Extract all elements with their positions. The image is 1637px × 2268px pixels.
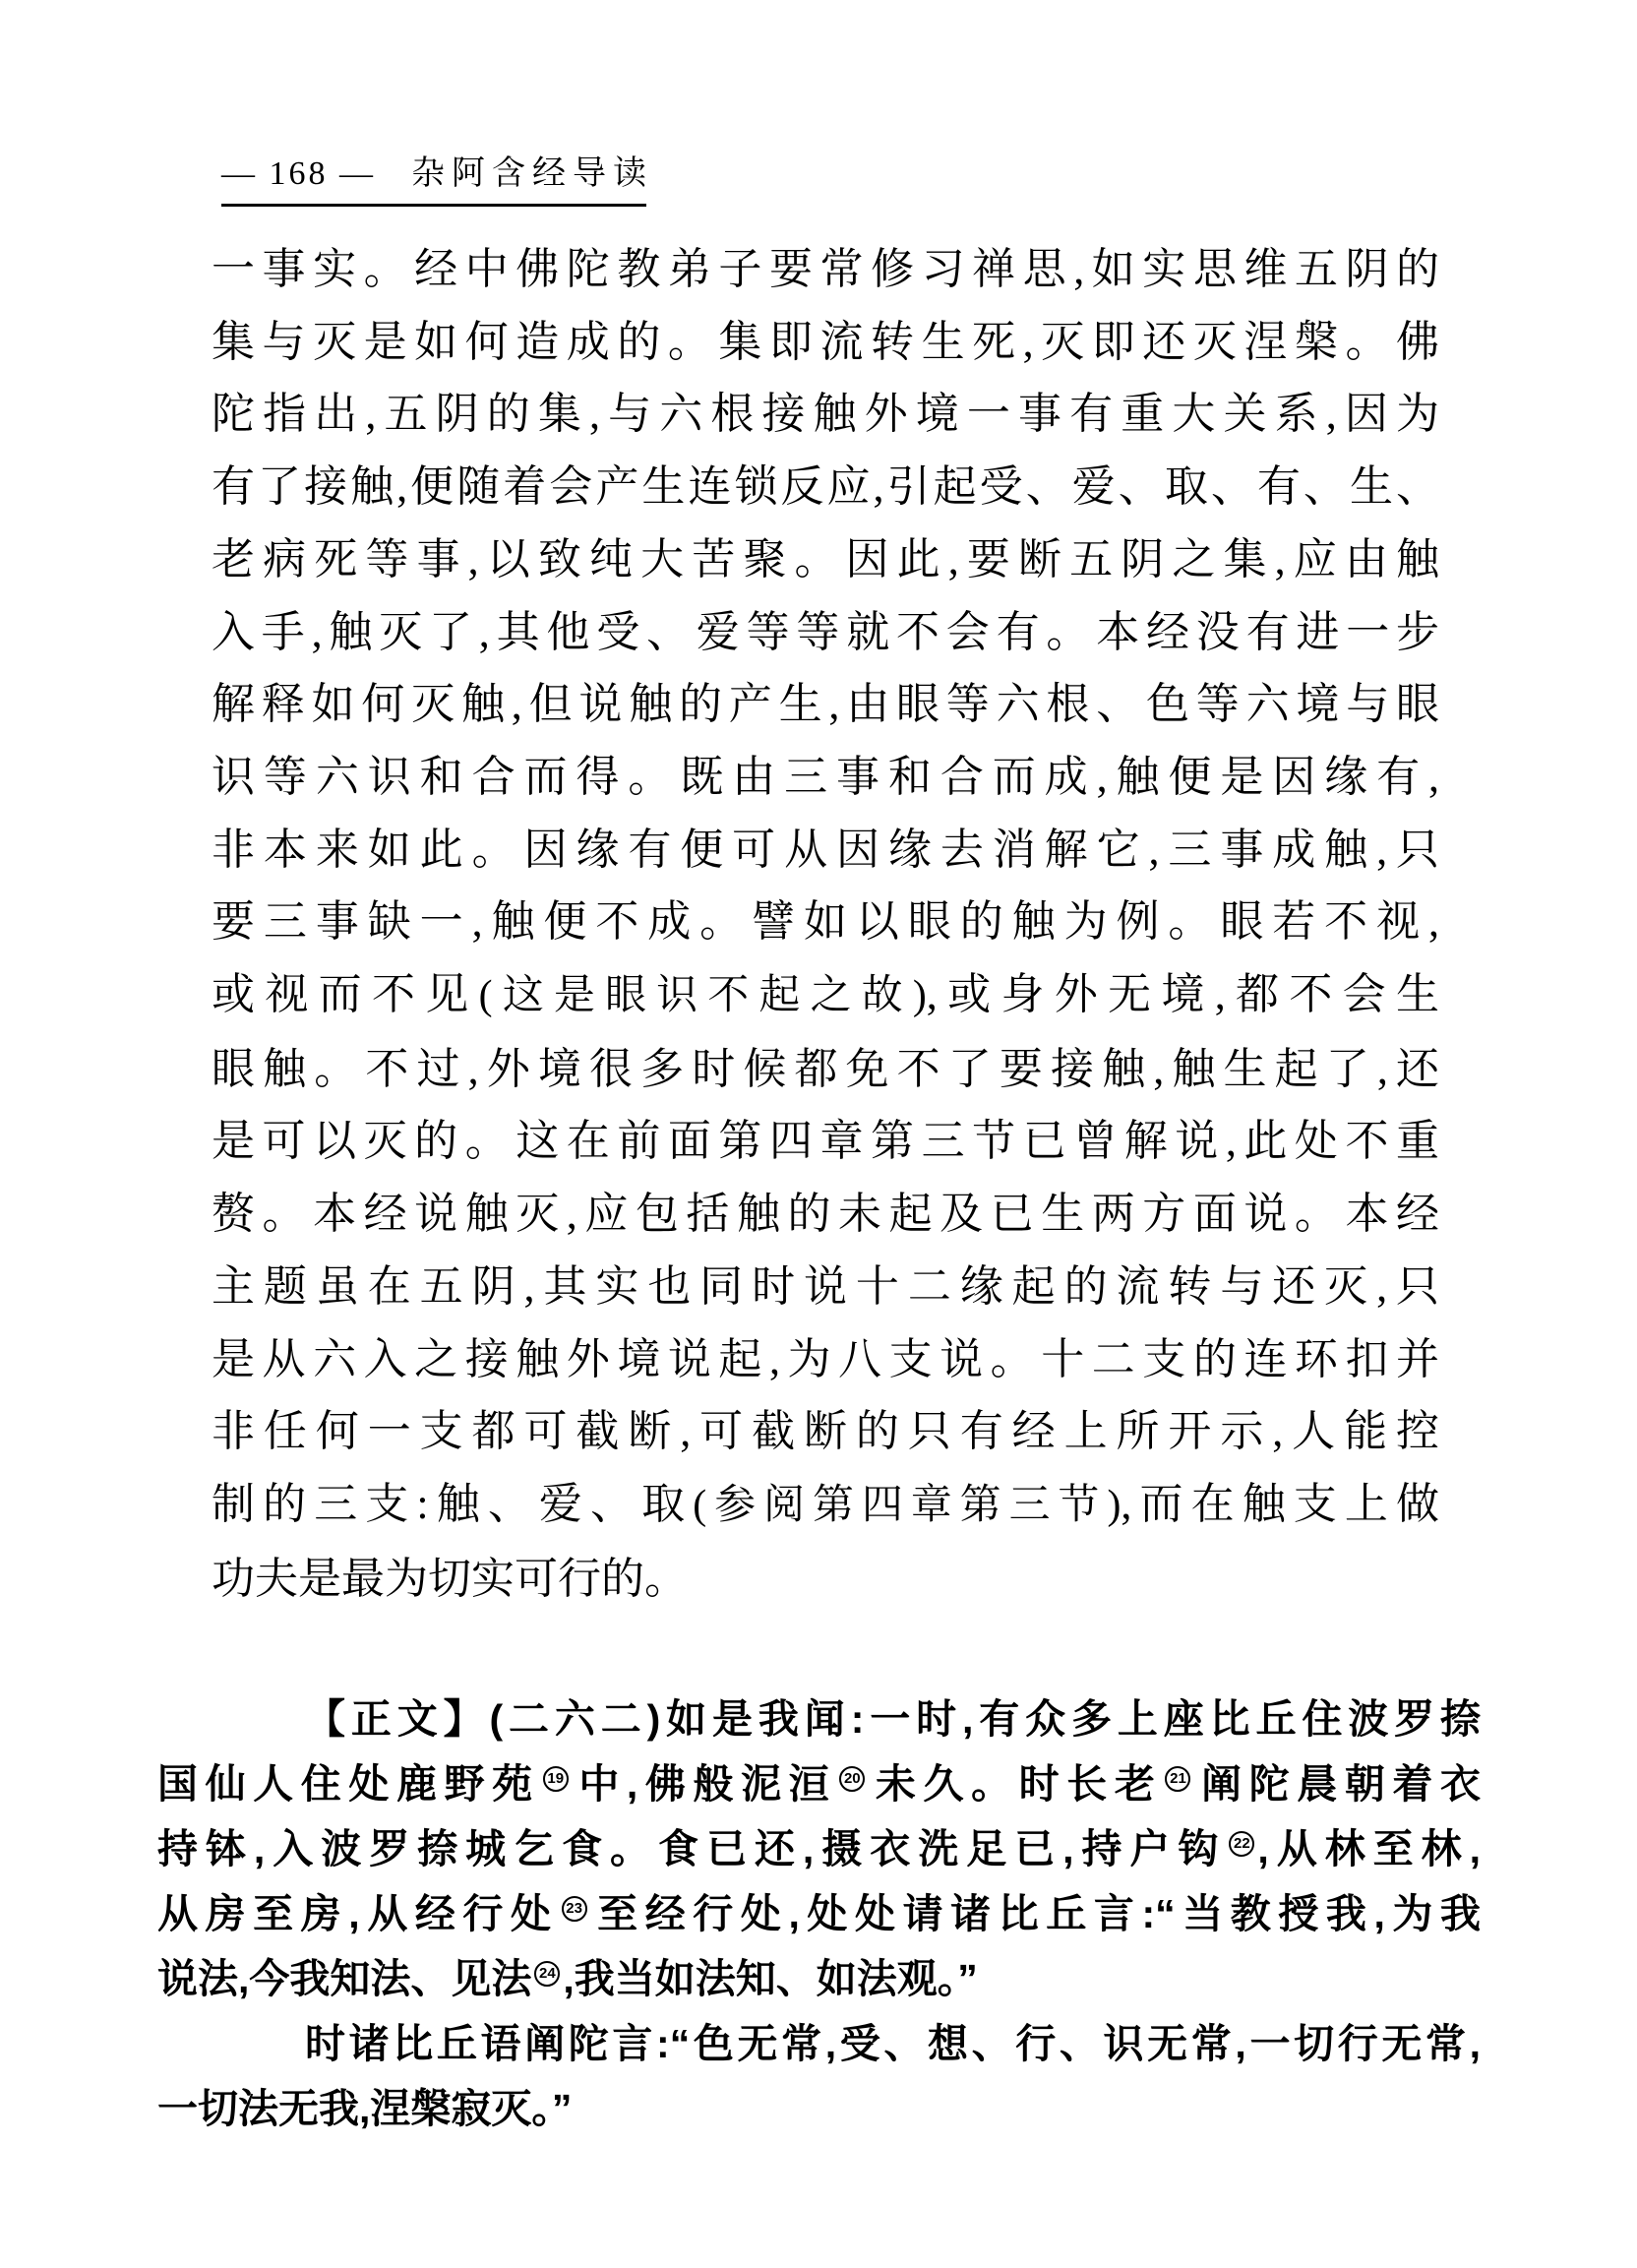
commentary-line: 老病死等事,以致纯大苦聚。因此,要断五阴之集,应由触 (212, 523, 1439, 596)
kai-annotation-segment: (参阅第四章第三节) (693, 1483, 1121, 1528)
zhengwen-line: 说法,今我知法、见法24,我当如法知、如法观。” (157, 1946, 1481, 2011)
text-segment: 持钵,入波罗捺城乞食。食已还,摄衣洗足已,持户钩 (157, 1826, 1226, 1871)
book-title: 杂阿含经导读 (411, 155, 653, 192)
text-segment: 或视而不见 (212, 970, 479, 1018)
commentary-line: 非本来如此。因缘有便可从因缘去消解它,三事成触,只 (212, 814, 1439, 887)
text-segment: 解释如何灭触,但说触的产生,由眼等六根、色等六境与眼 (212, 680, 1439, 728)
commentary-line: 主题虽在五阴,其实也同时说十二缘起的流转与还灭,只 (212, 1251, 1439, 1323)
footnote-marker: 19 (543, 1766, 569, 1792)
text-segment: 入手,触灭了,其他受、爱等等就不会有。本经没有进一步 (212, 608, 1439, 656)
running-header: — 168 —杂阿含经导读 (221, 146, 646, 207)
text-segment: 主题虽在五阴,其实也同时说十二缘起的流转与还灭,只 (212, 1262, 1439, 1311)
zhengwen-line: 国仙人住处鹿野苑19中,佛般泥洹20未久。时长老21阐陀晨朝着衣 (157, 1751, 1481, 1816)
text-segment: 一切法无我,涅槃寂灭。” (157, 2086, 572, 2131)
text-segment: ,我当如法知、如法观。” (563, 1956, 977, 2001)
text-segment: 集与灭是如何造成的。集即流转生死,灭即还灭涅槃。佛 (212, 318, 1439, 366)
text-segment: 是可以灭的。这在前面第四章第三节已曾解说,此处不重 (212, 1117, 1439, 1165)
text-segment: 制的三支:触、爱、取 (212, 1480, 693, 1528)
commentary-line: 是从六入之接触外境说起,为八支说。十二支的连环扣并 (212, 1323, 1439, 1396)
commentary-line: 识等六识和合而得。既由三事和合而成,触便是因缘有, (212, 741, 1439, 814)
text-segment: 一事实。经中佛陀教弟子要常修习禅思,如实思维五阴的 (212, 245, 1439, 293)
kai-annotation-segment: (这是眼识不起之故) (479, 973, 927, 1018)
text-segment: 说法,今我知法、见法 (157, 1956, 531, 2001)
text-segment: 【正文】(二六二)如是我闻:一时,有众多上座比丘住波罗捺 (305, 1696, 1481, 1742)
commentary-line: 是可以灭的。这在前面第四章第三节已曾解说,此处不重 (212, 1105, 1439, 1178)
text-segment: 赘。本经说触灭,应包括触的未起及已生两方面说。本经 (212, 1190, 1439, 1238)
zhengwen-line: 从房至房,从经行处23至经行处,处处请诸比丘言:“当教授我,为我 (157, 1881, 1481, 1946)
text-segment: 要三事缺一,触便不成。譬如以眼的触为例。眼若不视, (212, 897, 1439, 946)
text-segment: ,从林至林, (1257, 1826, 1481, 1871)
text-segment: 时诸比丘语阐陀言:“色无常,受、想、行、识无常,一切行无常, (305, 2021, 1481, 2066)
commentary-line: 一事实。经中佛陀教弟子要常修习禅思,如实思维五阴的 (212, 233, 1439, 306)
commentary-line: 功夫是最为切实可行的。 (212, 1543, 1439, 1616)
footnote-marker: 24 (534, 1961, 560, 1987)
page-number: — 168 — (221, 155, 376, 192)
text-segment: 阐陀晨朝着衣 (1193, 1761, 1481, 1807)
text-segment: 是从六入之接触外境说起,为八支说。十二支的连环扣并 (212, 1335, 1439, 1383)
commentary-line: 陀指出,五阴的集,与六根接触外境一事有重大关系,因为 (212, 378, 1439, 451)
zhengwen-line: 【正文】(二六二)如是我闻:一时,有众多上座比丘住波罗捺 (157, 1686, 1481, 1751)
commentary-line: 赘。本经说触灭,应包括触的未起及已生两方面说。本经 (212, 1178, 1439, 1251)
text-segment: 陀指出,五阴的集,与六根接触外境一事有重大关系,因为 (212, 390, 1439, 438)
commentary-line: 眼触。不过,外境很多时候都免不了要接触,触生起了,还 (212, 1033, 1439, 1106)
text-segment: 未久。时长老 (868, 1761, 1162, 1807)
zhengwen-section: 【正文】(二六二)如是我闻:一时,有众多上座比丘住波罗捺国仙人住处鹿野苑19中,… (157, 1686, 1481, 2141)
footnote-marker: 22 (1229, 1831, 1254, 1857)
commentary-line: 集与灭是如何造成的。集即流转生死,灭即还灭涅槃。佛 (212, 306, 1439, 379)
commentary-line: 或视而不见(这是眼识不起之故),或身外无境,都不会生 (212, 958, 1439, 1033)
commentary-line: 要三事缺一,触便不成。譬如以眼的触为例。眼若不视, (212, 886, 1439, 958)
commentary-line: 非任何一支都可截断,可截断的只有经上所开示,人能控 (212, 1395, 1439, 1468)
text-segment: 国仙人住处鹿野苑 (157, 1761, 540, 1807)
text-segment: 非本来如此。因缘有便可从因缘去消解它,三事成触,只 (212, 826, 1439, 874)
book-page: — 168 —杂阿含经导读 一事实。经中佛陀教弟子要常修习禅思,如实思维五阴的集… (0, 0, 1637, 2268)
text-segment: 有了接触,便随着会产生连锁反应,引起受、爱、取、有、生、 (212, 462, 1439, 511)
text-segment: 老病死等事,以致纯大苦聚。因此,要断五阴之集,应由触 (212, 535, 1439, 583)
zhengwen-line: 一切法无我,涅槃寂灭。” (157, 2076, 1481, 2141)
text-segment: ,而在触支上做 (1121, 1480, 1439, 1528)
commentary-line: 制的三支:触、爱、取(参阅第四章第三节),而在触支上做 (212, 1468, 1439, 1543)
text-segment: 眼触。不过,外境很多时候都免不了要接触,触生起了,还 (212, 1045, 1439, 1093)
commentary-line: 有了接触,便随着会产生连锁反应,引起受、爱、取、有、生、 (212, 451, 1439, 523)
zhengwen-line: 时诸比丘语阐陀言:“色无常,受、想、行、识无常,一切行无常, (157, 2011, 1481, 2076)
text-segment: 至经行处,处处请诸比丘言:“当教授我,为我 (590, 1891, 1481, 1936)
zhengwen-line: 持钵,入波罗捺城乞食。食已还,摄衣洗足已,持户钩22,从林至林, (157, 1816, 1481, 1881)
footnote-marker: 23 (562, 1896, 587, 1922)
commentary-paragraph: 一事实。经中佛陀教弟子要常修习禅思,如实思维五阴的集与灭是如何造成的。集即流转生… (212, 233, 1439, 1615)
text-segment: ,或身外无境,都不会生 (927, 970, 1439, 1018)
text-segment: 识等六识和合而得。既由三事和合而成,触便是因缘有, (212, 753, 1439, 801)
commentary-line: 解释如何灭触,但说触的产生,由眼等六根、色等六境与眼 (212, 668, 1439, 741)
footnote-marker: 21 (1165, 1766, 1190, 1792)
commentary-line: 入手,触灭了,其他受、爱等等就不会有。本经没有进一步 (212, 596, 1439, 669)
footnote-marker: 20 (839, 1766, 865, 1792)
text-segment: 中,佛般泥洹 (572, 1761, 837, 1807)
text-segment: 功夫是最为切实可行的。 (212, 1555, 688, 1603)
text-segment: 非任何一支都可截断,可截断的只有经上所开示,人能控 (212, 1407, 1439, 1455)
text-segment: 从房至房,从经行处 (157, 1891, 559, 1936)
